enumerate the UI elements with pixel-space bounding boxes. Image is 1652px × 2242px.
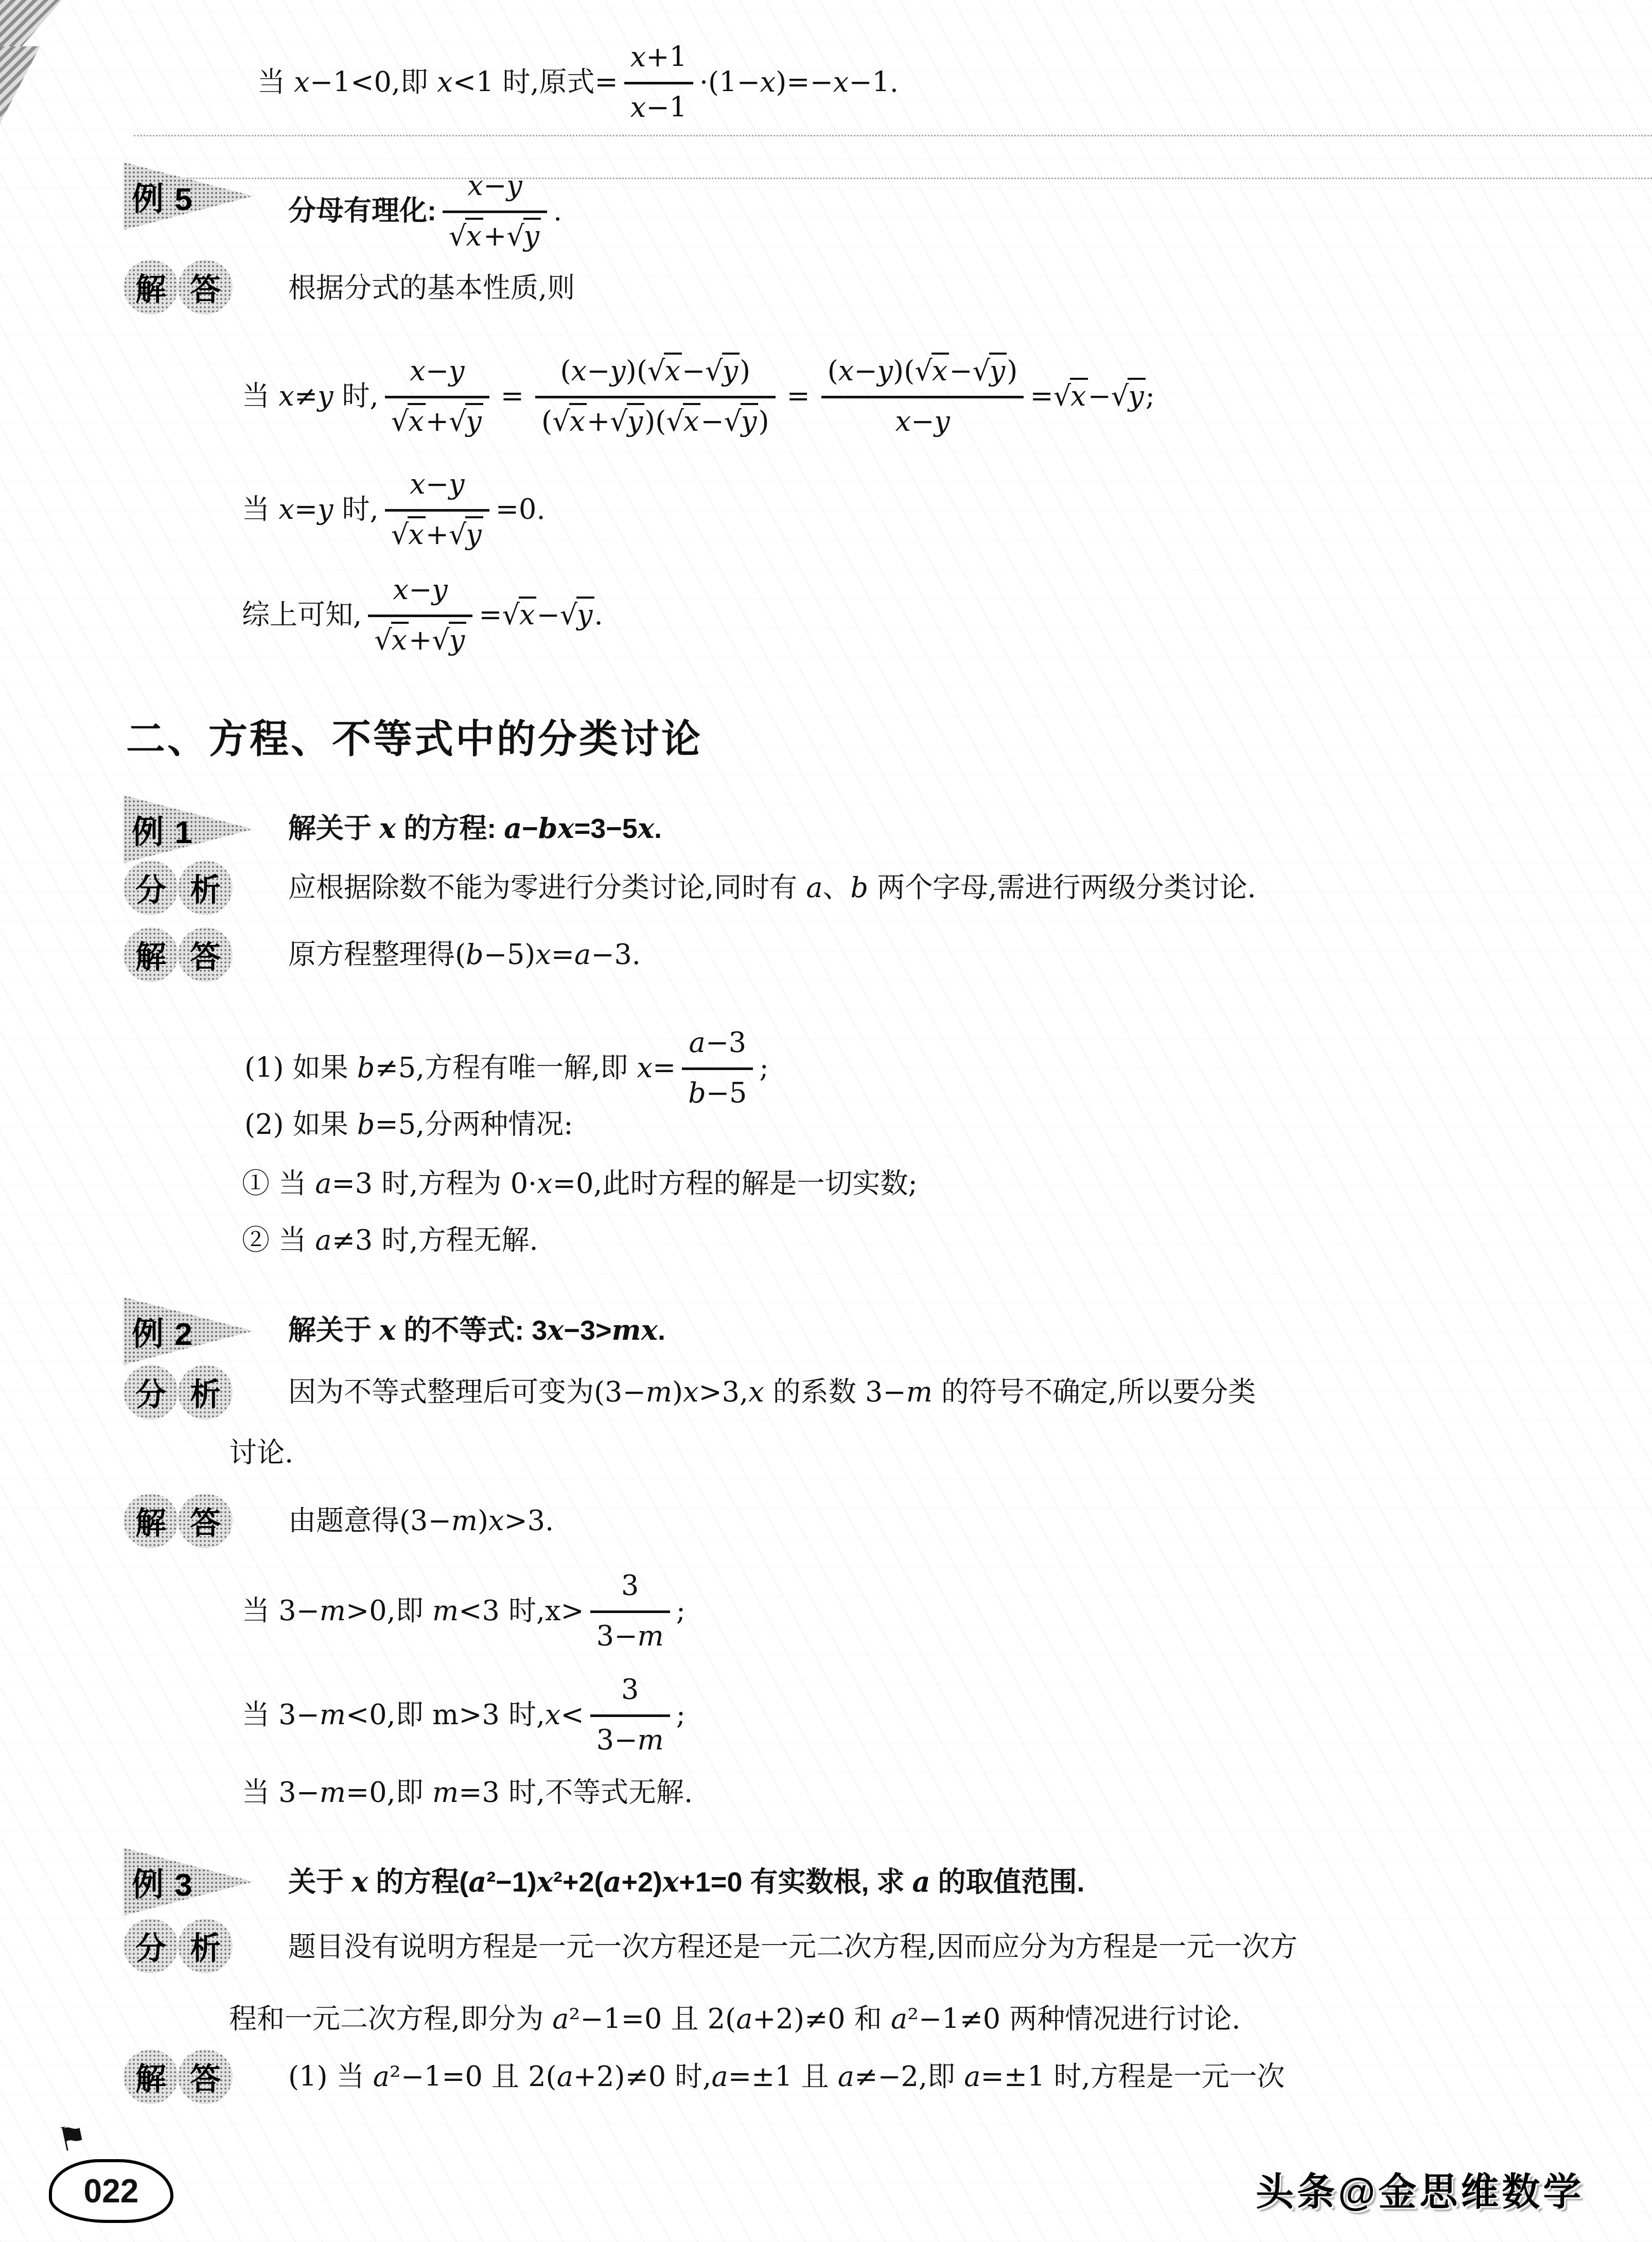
example2-analysis-line1: 因为不等式整理后可变为(3−m)x>3,x 的系数 3−m 的符号不确定,所以要… (288, 1369, 1256, 1415)
example1-answer-intro: 原方程整理得(b−5)x=a−3. (288, 932, 641, 978)
example3-answer-line: (1) 当 a²−1=0 且 2(a+2)≠0 时,a=±1 且 a≠−2,即 … (288, 2054, 1285, 2100)
example5-conclusion: 综上可知, x−y √x+√y =√x−√y. (242, 566, 603, 664)
example1-sub2: ② 当 a≠3 时,方程无解. (242, 1217, 538, 1264)
page-number: 022 (84, 2172, 139, 2210)
fraction: x−y √x+√y (443, 165, 547, 257)
intro-pre: 当 x−1<0,即 x<1 时,原式= (257, 62, 618, 102)
example1-problem: 解关于 x 的方程: a−bx=3−5x. (288, 805, 662, 852)
period: . (553, 191, 562, 231)
example5-case2: 当 x=y 时, x−y √x+√y =0. (242, 463, 546, 556)
scan-corner-artifact (0, 46, 40, 124)
example2-case1: 当 3−m>0,即 m<3 时,x> 3 3−m ; (242, 1560, 686, 1662)
example2-problem: 解关于 x 的不等式: 3x−3>mx. (288, 1307, 665, 1354)
example1-sub1: ① 当 a=3 时,方程为 0·x=0,此时方程的解是一切实数; (242, 1161, 918, 1207)
page-number-badge: 022 (49, 2159, 173, 2223)
example3-analysis-line1: 题目没有说明方程是一元一次方程还是一元二次方程,因而应分为方程是一元一次方 (288, 1924, 1297, 1970)
dotted-rule (134, 135, 1652, 136)
fraction: a−3 b−5 (682, 1022, 753, 1114)
watermark: 头条@金思维数学 (1256, 2162, 1584, 2216)
example2-analysis-badge: 分析 (124, 1365, 233, 1420)
example1-item2: (2) 如果 b=5,分两种情况: (244, 1101, 573, 1148)
flag-icon: ⚑ (54, 2117, 91, 2160)
example2-answer-badge: 解答 (124, 1494, 233, 1548)
example3-analysis-badge: 分析 (124, 1919, 233, 1973)
fraction: 3 3−m (590, 1565, 670, 1657)
example2-badge: 例 2 (124, 1297, 253, 1365)
example3-problem: 关于 x 的方程(a²−1)x²+2(a+2)x+1=0 有实数根, 求 a 的… (288, 1859, 1084, 1905)
fraction: x−y √x+√y (385, 463, 489, 556)
fraction: (x−y)(√x−√y) x−y (821, 350, 1024, 443)
fraction: 3 3−m (590, 1669, 670, 1761)
example5-answer-badge: 解答 (124, 260, 233, 314)
example2-analysis-line2: 讨论. (229, 1430, 293, 1476)
fraction: x−y √x+√y (368, 569, 472, 661)
example1-answer-badge: 解答 (124, 927, 233, 982)
example5-case1: 当 x≠y 时, x−y √x+√y = (x−y)(√x−√y) (√x+√y… (242, 335, 1155, 458)
example3-badge: 例 3 (124, 1848, 253, 1916)
fraction: x+1 x−1 (624, 36, 693, 129)
example1-analysis: 应根据除数不能为零进行分类讨论,同时有 a、b 两个字母,需进行两级分类讨论. (288, 865, 1256, 911)
example5-problem: 分母有理化: x−y √x+√y . (288, 154, 562, 268)
example3-analysis-line2: 程和一元二次方程,即分为 a²−1=0 且 2(a+2)≠0 和 a²−1≠0 … (229, 1996, 1240, 2042)
example1-analysis-badge: 分析 (124, 861, 233, 915)
intro-post: ·(1−x)=−x−1. (699, 62, 899, 102)
example2-case2: 当 3−m<0,即 m>3 时,x< 3 3−m ; (242, 1663, 686, 1766)
fraction: x−y √x+√y (385, 350, 489, 443)
intro-line: 当 x−1<0,即 x<1 时,原式= x+1 x−1 ·(1−x)=−x−1. (257, 31, 899, 134)
example5-badge: 例 5 (124, 162, 253, 230)
section-title: 二、方程、不等式中的分类讨论 (126, 708, 702, 764)
example2-case3: 当 3−m=0,即 m=3 时,不等式无解. (242, 1770, 693, 1816)
example3-answer-badge: 解答 (124, 2050, 233, 2104)
scanned-textbook-page: 当 x−1<0,即 x<1 时,原式= x+1 x−1 ·(1−x)=−x−1.… (0, 0, 1652, 2242)
example1-badge: 例 1 (124, 795, 253, 863)
example2-answer-intro: 由题意得(3−m)x>3. (288, 1498, 554, 1544)
example5-label: 分母有理化: (288, 191, 436, 231)
fraction: (x−y)(√x−√y) (√x+√y)(√x−√y) (535, 350, 775, 443)
example5-answer-intro: 根据分式的基本性质,则 (288, 265, 575, 311)
